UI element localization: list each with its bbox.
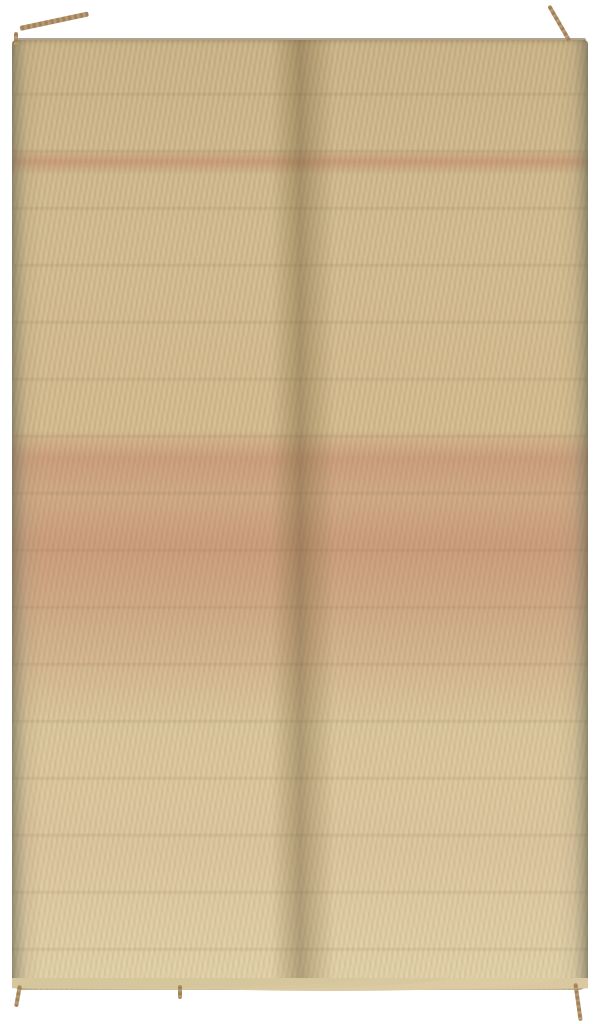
rug-ragged-bottom-edge bbox=[12, 978, 588, 996]
fringe-top-left bbox=[19, 12, 89, 31]
fringe-bottom-center bbox=[178, 985, 182, 999]
fringe-top-left-base bbox=[14, 32, 18, 46]
photo-stage bbox=[0, 0, 597, 1024]
rug bbox=[12, 40, 588, 990]
